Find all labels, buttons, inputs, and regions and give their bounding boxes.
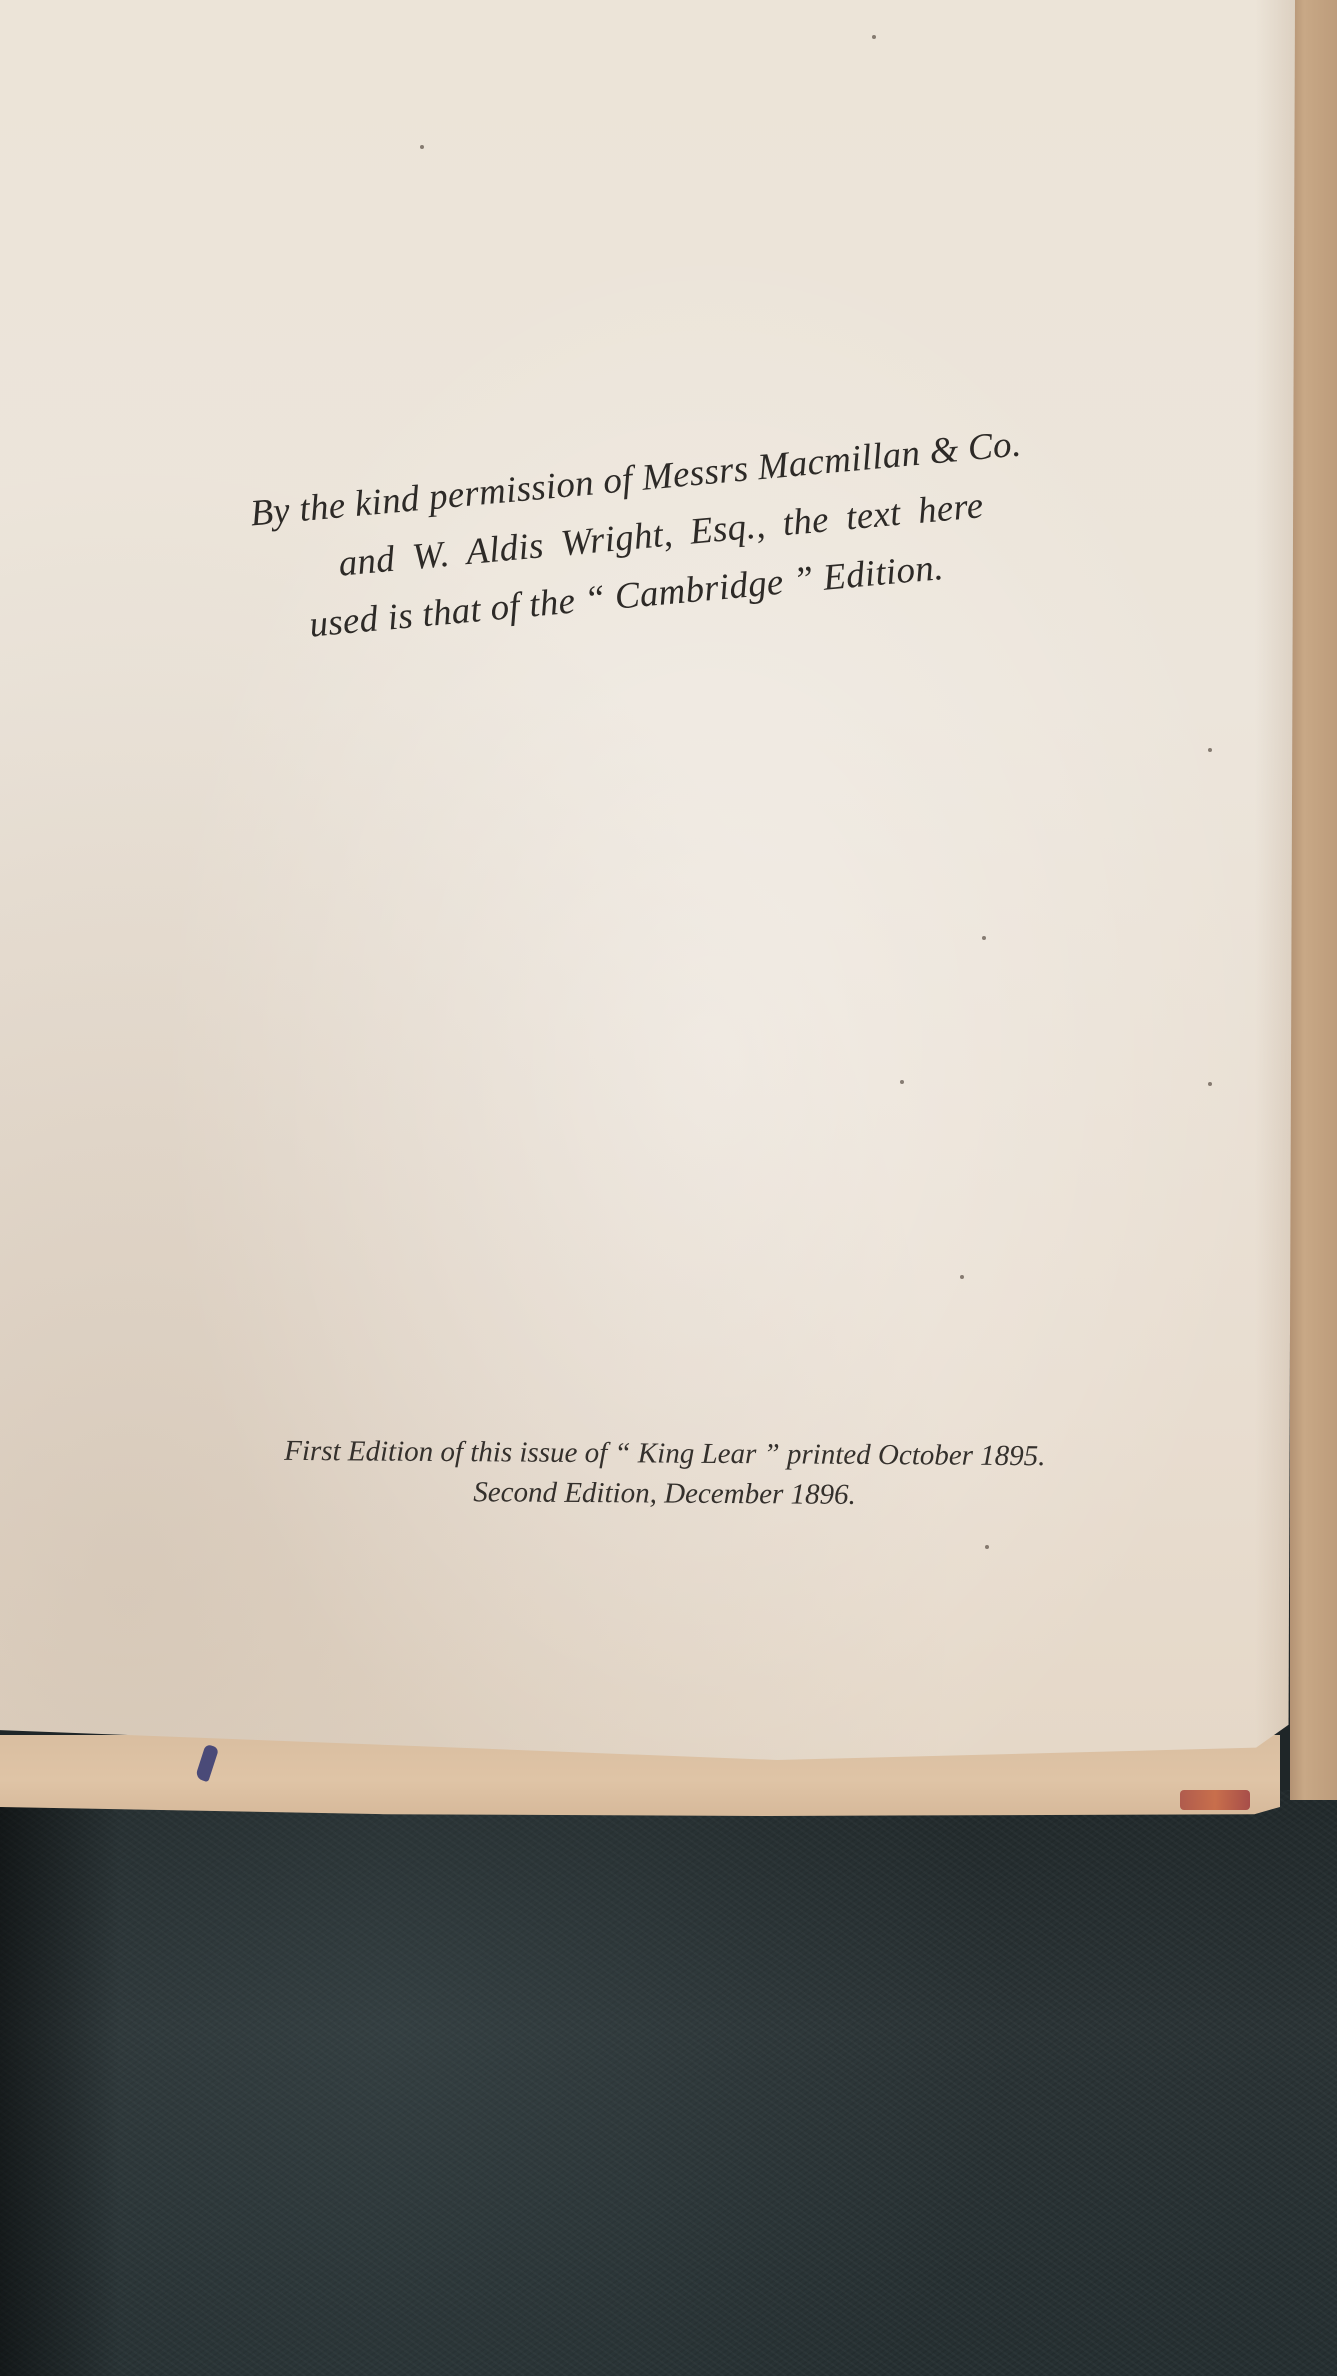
paper-speck	[1208, 748, 1212, 752]
paper-speck	[985, 1545, 989, 1549]
paper-speck	[1208, 1082, 1212, 1086]
page-gutter-shadow	[1255, 0, 1295, 1760]
paper-speck	[872, 35, 876, 39]
fabric-shadow	[0, 1790, 120, 2376]
photo-scene: By the kind permission of Messrs Macmill…	[0, 0, 1337, 2376]
paper-speck	[982, 936, 986, 940]
paper-speck	[960, 1275, 964, 1279]
edition-line-2: Second Edition, December 1896.	[154, 1470, 1174, 1517]
edition-notice: First Edition of this issue of “ King Le…	[154, 1430, 1175, 1517]
book-cover-edge	[1290, 0, 1337, 1800]
book-page: By the kind permission of Messrs Macmill…	[0, 0, 1295, 1760]
permission-notice: By the kind permission of Messrs Macmill…	[200, 408, 1112, 663]
paper-speck	[420, 145, 424, 149]
dark-fabric-background	[0, 1790, 1337, 2376]
red-page-edge	[1180, 1790, 1250, 1810]
paper-speck	[900, 1080, 904, 1084]
edition-line-1: First Edition of this issue of “ King Le…	[155, 1430, 1175, 1477]
